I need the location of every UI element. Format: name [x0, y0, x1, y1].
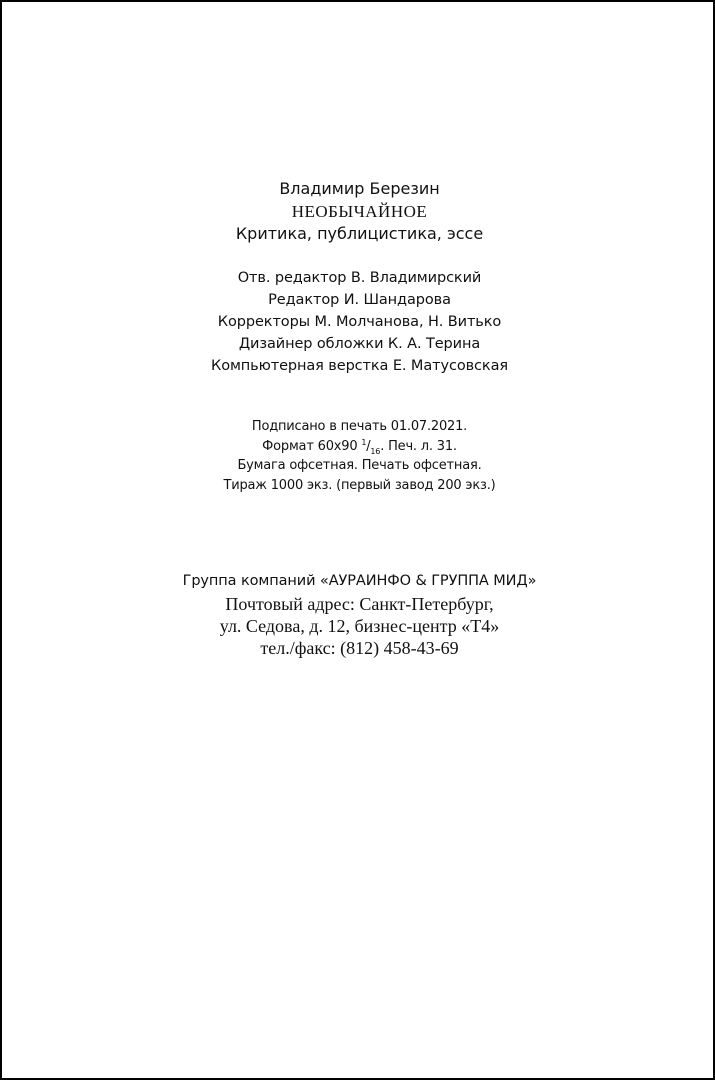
credit-layout: Компьютерная верстка Е. Матусовская: [2, 358, 715, 374]
credit-editor: Редактор И. Шандарова: [2, 292, 715, 308]
imprint-page: Владимир Березин НЕОБЫЧАЙНОЕ Критика, пу…: [0, 0, 715, 1080]
credit-chief-editor: Отв. редактор В. Владимирский: [2, 270, 715, 286]
publisher-name: Группа компаний «АУРАИНФО & ГРУППА МИД»: [2, 573, 715, 589]
book-genre: Критика, публицистика, эссе: [2, 224, 715, 243]
print-circulation: Тираж 1000 экз. (первый завод 200 экз.): [2, 478, 715, 493]
format-suffix: . Печ. л. 31.: [380, 439, 457, 454]
print-signed-date: Подписано в печать 01.07.2021.: [2, 419, 715, 434]
publisher-address-line-2: ул. Седова, д. 12, бизнес-центр «Т4»: [2, 616, 715, 637]
book-title: НЕОБЫЧАЙНОЕ: [2, 202, 715, 222]
print-paper: Бумага офсетная. Печать офсетная.: [2, 458, 715, 473]
credit-proofreaders: Корректоры М. Молчанова, Н. Витько: [2, 314, 715, 330]
credit-cover-designer: Дизайнер обложки К. А. Терина: [2, 336, 715, 352]
publisher-address-line-1: Почтовый адрес: Санкт-Петербург,: [2, 594, 715, 615]
format-denominator: 16: [370, 447, 380, 456]
print-format: Формат 60х90 1/16. Печ. л. 31.: [2, 438, 715, 456]
format-prefix: Формат 60х90: [262, 439, 361, 454]
author-name: Владимир Березин: [2, 179, 715, 198]
publisher-phone: тел./факс: (812) 458-43-69: [2, 638, 715, 659]
